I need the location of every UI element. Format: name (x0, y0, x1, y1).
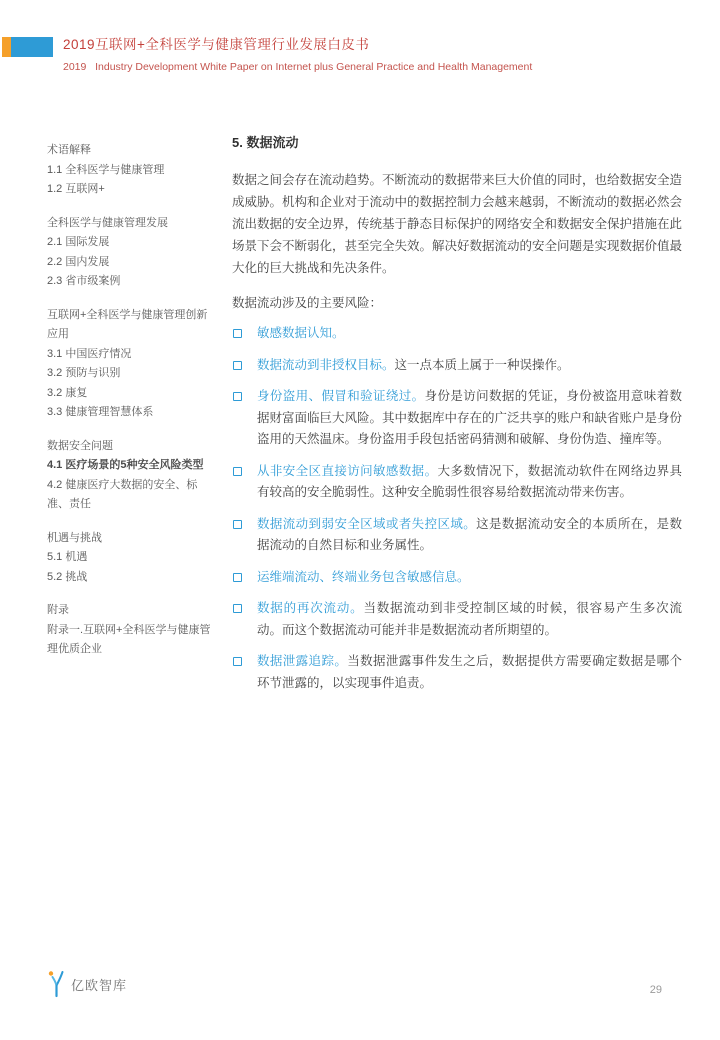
square-bullet-icon (233, 467, 242, 476)
toc-group: 互联网+全科医学与健康管理创新应用3.1 中国医疗情况3.2 预防与识别3.2 … (47, 306, 213, 423)
risk-list-intro: 数据流动涉及的主要风险： (232, 292, 682, 314)
risk-item: 敏感数据认知。 (232, 323, 682, 345)
toc-item: 3.3 健康管理智慧体系 (47, 403, 213, 423)
toc-item: 术语解释 (47, 141, 213, 161)
toc-item: 2.3 省市级案例 (47, 272, 213, 292)
document-subtitle: 2019 Industry Development White Paper on… (63, 61, 532, 74)
page-header: 2019互联网+全科医学与健康管理行业发展白皮书 2019 Industry D… (0, 36, 720, 82)
toc-item: 4.1 医疗场景的5种安全风险类型 (47, 456, 213, 476)
toc-item: 互联网+全科医学与健康管理创新应用 (47, 306, 213, 345)
toc-item: 全科医学与健康管理发展 (47, 214, 213, 234)
risk-item: 数据泄露追踪。当数据泄露事件发生之后，数据提供方需要确定数据是哪个环节泄露的，以… (232, 651, 682, 694)
section-heading: 5. 数据流动 (232, 133, 682, 153)
risk-item: 从非安全区直接访问敏感数据。大多数情况下，数据流动软件在网络边界具有较高的安全脆… (232, 461, 682, 504)
section-paragraph: 数据之间会存在流动趋势。不断流动的数据带来巨大价值的同时，也给数据安全造成威胁。… (232, 169, 682, 279)
risk-item: 数据的再次流动。当数据流动到非受控制区域的时候，很容易产生多次流动。而这个数据流… (232, 598, 682, 641)
table-of-contents: 术语解释1.1 全科医学与健康管理1.2 互联网+全科医学与健康管理发展2.1 … (47, 141, 213, 674)
toc-item: 5.1 机遇 (47, 548, 213, 568)
risk-list: 敏感数据认知。数据流动到非授权目标。这一点本质上属于一种误操作。身份盗用、假冒和… (232, 323, 682, 694)
toc-item: 附录 (47, 601, 213, 621)
header-accent-orange-square (2, 37, 11, 57)
page-footer: 亿欧智库 29 (47, 970, 673, 1004)
square-bullet-icon (233, 573, 242, 582)
toc-group: 附录附录一.互联网+全科医学与健康管理优质企业 (47, 601, 213, 660)
risk-item-lead: 数据的再次流动。 (257, 601, 363, 615)
brand-logo-text: 亿欧智库 (71, 975, 127, 994)
toc-item: 3.2 预防与识别 (47, 364, 213, 384)
toc-item: 2.2 国内发展 (47, 253, 213, 273)
yiou-logo-icon (47, 970, 67, 998)
header-accent-blue-square (11, 37, 53, 57)
risk-item-lead: 运维端流动、终端业务包含敏感信息。 (257, 570, 470, 584)
square-bullet-icon (233, 657, 242, 666)
risk-item: 运维端流动、终端业务包含敏感信息。 (232, 567, 682, 589)
main-content: 5. 数据流动 数据之间会存在流动趋势。不断流动的数据带来巨大价值的同时，也给数… (232, 133, 682, 704)
page-number: 29 (650, 984, 662, 996)
risk-item-lead: 身份盗用、假冒和验证绕过。 (257, 389, 425, 403)
square-bullet-icon (233, 329, 242, 338)
toc-item: 5.2 挑战 (47, 568, 213, 588)
risk-item: 数据流动到非授权目标。这一点本质上属于一种误操作。 (232, 355, 682, 377)
risk-item: 身份盗用、假冒和验证绕过。身份是访问数据的凭证，身份被盗用意味着数据财富面临巨大… (232, 386, 682, 451)
risk-item-lead: 数据泄露追踪。 (257, 654, 347, 668)
toc-group: 数据安全问题4.1 医疗场景的5种安全风险类型4.2 健康医疗大数据的安全、标准… (47, 437, 213, 515)
toc-item: 附录一.互联网+全科医学与健康管理优质企业 (47, 621, 213, 660)
square-bullet-icon (233, 604, 242, 613)
toc-item: 4.2 健康医疗大数据的安全、标准、责任 (47, 476, 213, 515)
toc-group: 机遇与挑战5.1 机遇5.2 挑战 (47, 529, 213, 588)
document-title: 2019互联网+全科医学与健康管理行业发展白皮书 (63, 36, 532, 53)
toc-group: 全科医学与健康管理发展2.1 国际发展2.2 国内发展2.3 省市级案例 (47, 214, 213, 292)
brand-logo: 亿欧智库 (47, 970, 127, 998)
header-titles: 2019互联网+全科医学与健康管理行业发展白皮书 2019 Industry D… (63, 36, 532, 74)
risk-item: 数据流动到弱安全区域或者失控区域。这是数据流动安全的本质所在，是数据流动的自然目… (232, 514, 682, 557)
toc-group: 术语解释1.1 全科医学与健康管理1.2 互联网+ (47, 141, 213, 200)
toc-item: 1.2 互联网+ (47, 180, 213, 200)
toc-item: 1.1 全科医学与健康管理 (47, 161, 213, 181)
risk-item-lead: 敏感数据认知。 (257, 326, 345, 340)
toc-item: 3.1 中国医疗情况 (47, 345, 213, 365)
toc-item: 机遇与挑战 (47, 529, 213, 549)
risk-item-lead: 数据流动到非授权目标。 (257, 358, 395, 372)
risk-item-lead: 数据流动到弱安全区域或者失控区域。 (257, 517, 476, 531)
risk-item-lead: 从非安全区直接访问敏感数据。 (257, 464, 437, 478)
toc-item: 数据安全问题 (47, 437, 213, 457)
square-bullet-icon (233, 520, 242, 529)
toc-item: 3.2 康复 (47, 384, 213, 404)
toc-item: 2.1 国际发展 (47, 233, 213, 253)
square-bullet-icon (233, 392, 242, 401)
square-bullet-icon (233, 361, 242, 370)
risk-item-detail: 这一点本质上属于一种误操作。 (395, 358, 570, 372)
